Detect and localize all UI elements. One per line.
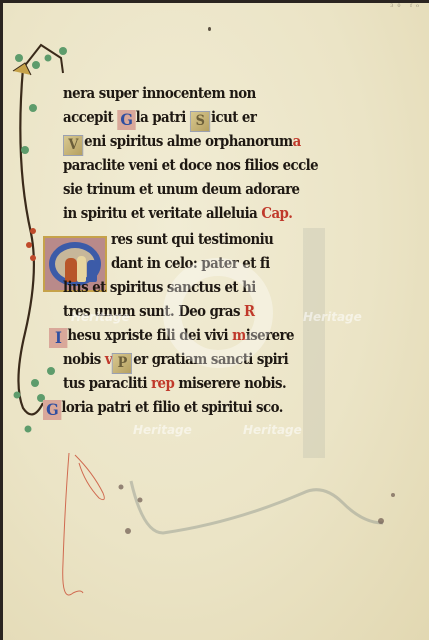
text-line: paraclite veni et doce nos filios eccle <box>63 157 318 179</box>
text-line: nobis vPer gratiam sancti spiri <box>63 351 288 373</box>
text-line: accepit Gla patri Sicut er <box>63 109 256 131</box>
decorated-initial: G <box>43 400 61 420</box>
decorated-initial: I <box>49 328 67 348</box>
text-line: res sunt qui testimoniu <box>111 231 273 253</box>
rubric: rep <box>151 375 174 392</box>
text-line: nera super innocentem non <box>63 85 256 107</box>
text-line: tus paracliti rep miserere nobis. <box>63 375 286 397</box>
watermark-text: Heritage <box>133 423 192 437</box>
rubric: Cap. <box>261 205 292 222</box>
text-line: sie trinum et unum deum adorare <box>63 181 299 203</box>
text-line: Veni spiritus alme orphanoruma <box>63 133 301 155</box>
text-line: in spiritu et veritate alleluia Cap. <box>63 205 292 227</box>
rubric: v <box>105 351 112 368</box>
text-line: Gloria patri et filio et spiritui sco. <box>43 399 283 421</box>
decorated-initial: G <box>117 110 135 130</box>
show-through-decoration <box>303 228 325 458</box>
watermark-text: Heritage <box>71 310 130 324</box>
rubric: a <box>293 133 301 150</box>
gilded-initial: S <box>190 111 210 132</box>
watermark-logo <box>163 258 273 368</box>
gilded-initial: P <box>112 353 132 374</box>
manuscript-page: 30 fo nera su <box>3 3 429 640</box>
gilded-initial: V <box>63 135 83 156</box>
watermark-text: Heritage <box>303 310 362 324</box>
watermark-text: Heritage <box>243 423 302 437</box>
